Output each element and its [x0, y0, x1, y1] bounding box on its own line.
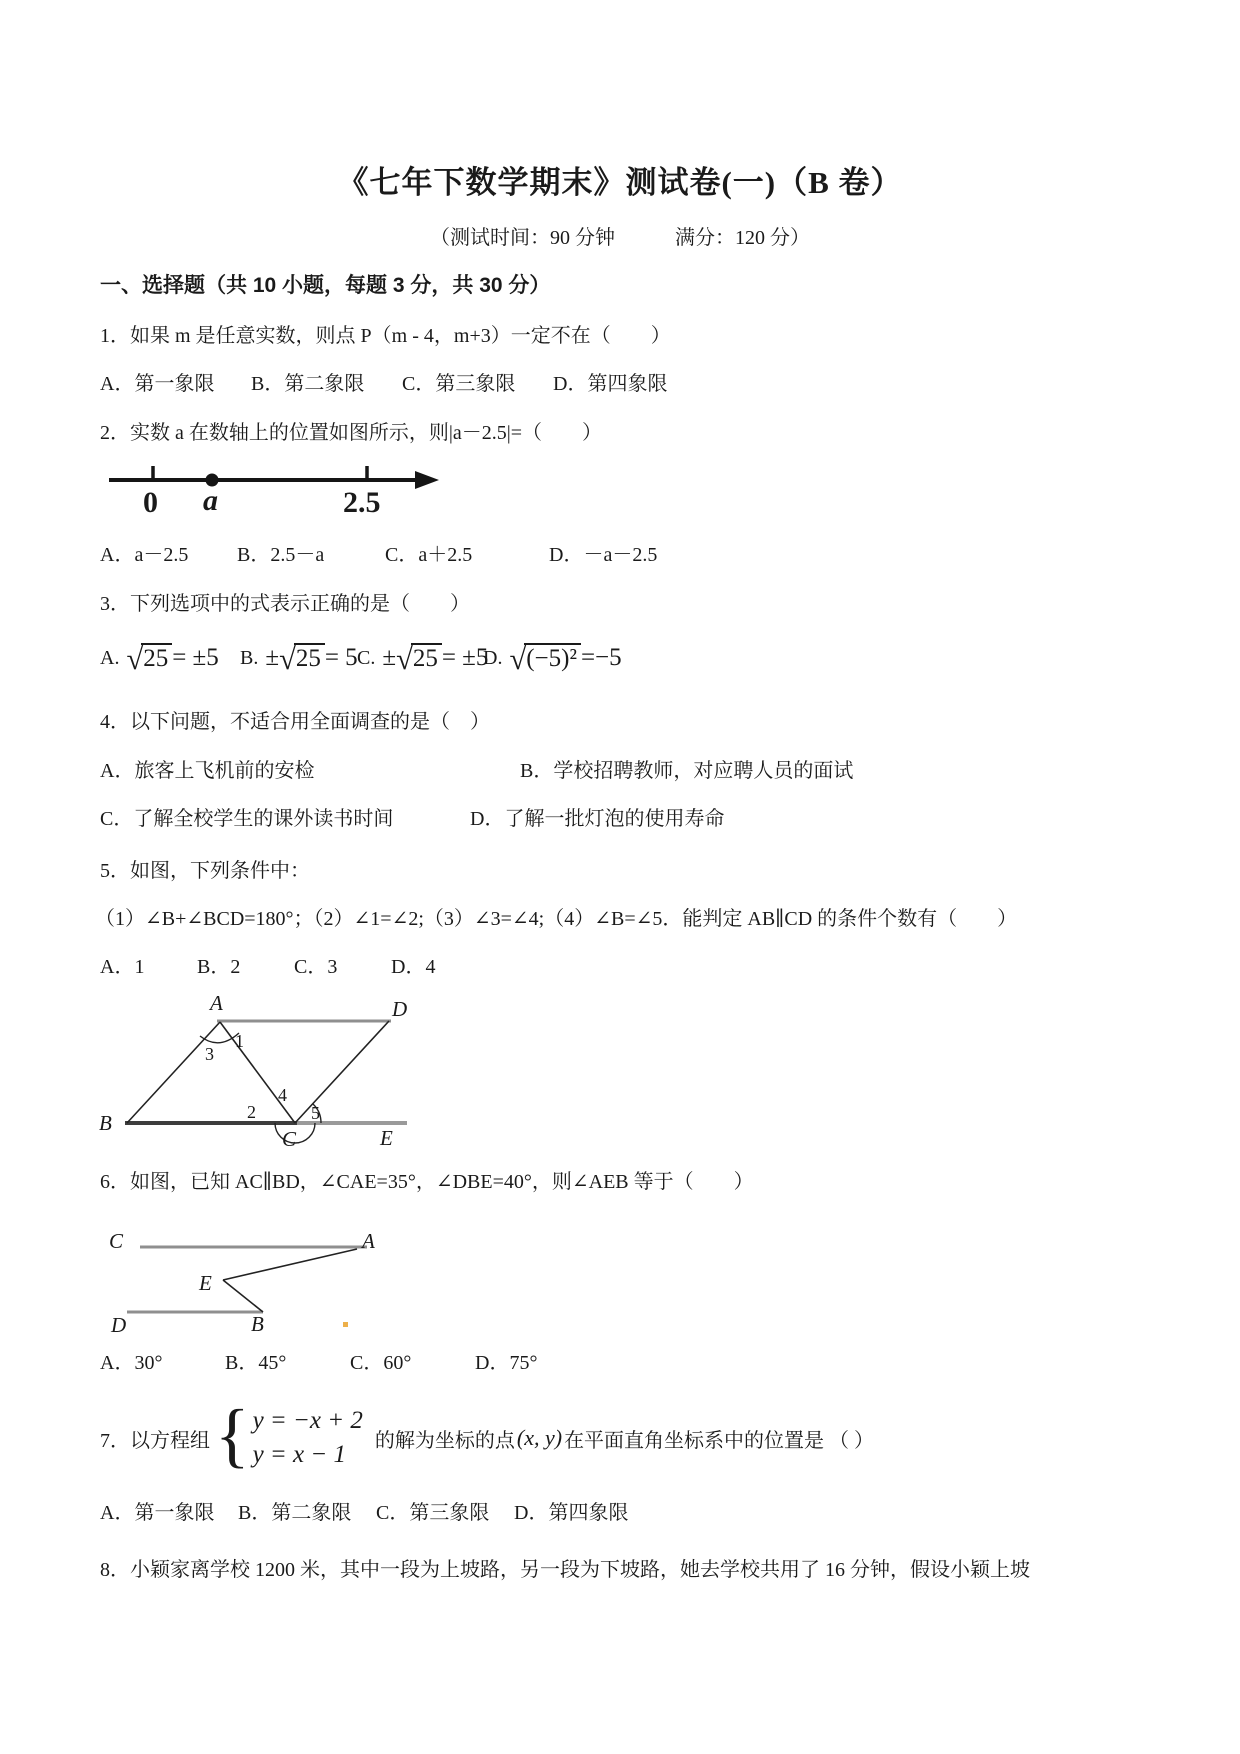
vertex-label-D: D [391, 997, 407, 1021]
point-xy: (x, y) [517, 1425, 562, 1451]
option-c: C．第三象限 [376, 1500, 514, 1526]
option-a: A．第一象限 [100, 1500, 238, 1526]
system-brace: { [215, 1403, 250, 1468]
angle-label-5: 5 [311, 1103, 320, 1123]
option-a: A．第一象限 [100, 371, 251, 397]
vertex-label-E: E [198, 1271, 212, 1295]
label-2-5: 2.5 [343, 486, 381, 519]
formula-d: D. √(−5)² =−5 [483, 643, 622, 674]
exam-info: （测试时间：90 分钟 满分：120 分） [0, 221, 1240, 250]
question-2-text: 2．实数 a 在数轴上的位置如图所示，则|a－2.5|=（ ） [100, 420, 602, 446]
option-b: B．2 [197, 954, 294, 980]
option-a: A．a－2.5 [100, 542, 237, 568]
number-line-figure: 0 a 2.5 [95, 458, 445, 520]
question-4-options-row2: C．了解全校学生的课外读书时间D．了解一批灯泡的使用寿命 [100, 806, 724, 832]
option-c: C．了解全校学生的课外读书时间 [100, 806, 470, 832]
vertex-label-B: B [251, 1312, 264, 1336]
radical-sign: √ [279, 644, 296, 675]
radical-sign: √ [509, 644, 526, 675]
question-6-options: A．30°B．45°C．60°D．75° [100, 1350, 600, 1376]
question-1-options: A．第一象限B．第二象限C．第三象限D．第四象限 [100, 371, 704, 397]
option-b: B．45° [225, 1350, 350, 1376]
option-b: B．2.5－a [237, 542, 385, 568]
vertex-label-A: A [360, 1232, 375, 1253]
vertex-label-B: B [99, 1111, 112, 1135]
option-d: D．－a－2.5 [549, 542, 657, 568]
line-BA [127, 1022, 220, 1123]
question-5-options: A．1B．2C．3D．4 [100, 954, 488, 980]
option-d: D．75° [475, 1350, 600, 1376]
scan-artifact-dot [343, 1322, 348, 1327]
question-7-text: 7．以方程组 { y = −x + 2 y = x − 1 的解为坐标的点 (x… [100, 1397, 874, 1479]
label-zero: 0 [143, 486, 158, 519]
vertex-label-E: E [379, 1126, 393, 1150]
formula-a: A. √25 = ±5 [100, 643, 240, 674]
option-d: D．第四象限 [553, 371, 704, 397]
question-7-options: A．第一象限B．第二象限C．第三象限D．第四象限 [100, 1500, 652, 1526]
option-a: A．旅客上飞机前的安检 [100, 758, 520, 784]
q5-geometry-figure: A D B C E 3 1 2 4 5 [95, 990, 465, 1162]
radical-sign: √ [396, 644, 413, 675]
angle-label-4: 4 [278, 1085, 287, 1105]
exam-paper-page: 《七年下数学期末》测试卷(一)（B 卷） （测试时间：90 分钟 满分：120 … [0, 0, 1240, 1754]
option-a: A．1 [100, 954, 197, 980]
question-4-text: 4．以下问题，不适合用全面调查的是（ ） [100, 709, 490, 735]
option-a: A．30° [100, 1350, 225, 1376]
vertex-label-A: A [208, 991, 223, 1015]
question-3-formulas: A. √25 = ±5 B. ± √25 = 5 C. ± √25 = ±5 D… [100, 633, 622, 683]
angle-label-3: 3 [205, 1044, 214, 1064]
vertex-label-D: D [110, 1313, 126, 1337]
question-8-text: 8．小颖家离学校 1200 米，其中一段为上坡路，另一段为下坡路，她去学校共用了… [100, 1557, 1030, 1583]
option-c: C．a＋2.5 [385, 542, 549, 568]
line-AC [220, 1022, 295, 1123]
equation-2: y = x − 1 [253, 1442, 363, 1468]
question-4-options-row1: A．旅客上飞机前的安检B．学校招聘教师，对应聘人员的面试 [100, 758, 853, 784]
line-CD [295, 1021, 389, 1123]
question-5-text: 5．如图，下列条件中： [100, 858, 310, 884]
vertex-label-C: C [109, 1232, 124, 1253]
equation-1: y = −x + 2 [253, 1408, 363, 1434]
option-d: D．了解一批灯泡的使用寿命 [470, 806, 724, 832]
question-3-text: 3．下列选项中的式表示正确的是（ ） [100, 591, 470, 617]
question-6-text: 6．如图，已知 AC∥BD，∠CAE=35°，∠DBE=40°，则∠AEB 等于… [100, 1169, 754, 1195]
option-c: C．3 [294, 954, 391, 980]
line-AE [223, 1249, 357, 1280]
section-heading: 一、选择题（共 10 小题，每题 3 分，共 30 分） [100, 269, 550, 299]
option-c: C．第三象限 [402, 371, 553, 397]
option-d: D．第四象限 [514, 1500, 652, 1526]
question-7-prefix: 7．以方程组 [100, 1424, 210, 1453]
vertex-label-C: C [282, 1127, 297, 1151]
equation-system: y = −x + 2 y = x − 1 [253, 1408, 363, 1468]
q6-geometry-figure: C A E D B [95, 1232, 405, 1350]
radical-sign: √ [126, 644, 143, 675]
option-d: D．4 [391, 954, 488, 980]
exam-title: 《七年下数学期末》测试卷(一)（B 卷） [0, 157, 1240, 202]
formula-c: C. ± √25 = ±5 [357, 643, 483, 674]
option-c: C．60° [350, 1350, 475, 1376]
question-7-suffix: 在平面直角坐标系中的位置是 （ ） [564, 1424, 874, 1453]
option-b: B．第二象限 [238, 1500, 376, 1526]
question-5-conditions: （1）∠B+∠BCD=180°；（2）∠1=∠2;（3）∠3=∠4;（4）∠B=… [95, 906, 1017, 932]
formula-b: B. ± √25 = 5 [240, 643, 357, 674]
label-a: a [203, 484, 218, 517]
option-b: B．学校招聘教师，对应聘人员的面试 [520, 758, 853, 784]
question-2-options: A．a－2.5B．2.5－aC．a＋2.5D．－a－2.5 [100, 542, 657, 568]
line-EB [223, 1280, 263, 1312]
arrowhead [415, 471, 439, 489]
option-b: B．第二象限 [251, 371, 402, 397]
question-1-text: 1．如果 m 是任意实数，则点 P（m - 4，m+3）一定不在（ ） [100, 323, 671, 349]
question-7-mid: 的解为坐标的点 [375, 1424, 515, 1453]
angle-label-2: 2 [247, 1102, 256, 1122]
angle-label-1: 1 [235, 1031, 244, 1051]
